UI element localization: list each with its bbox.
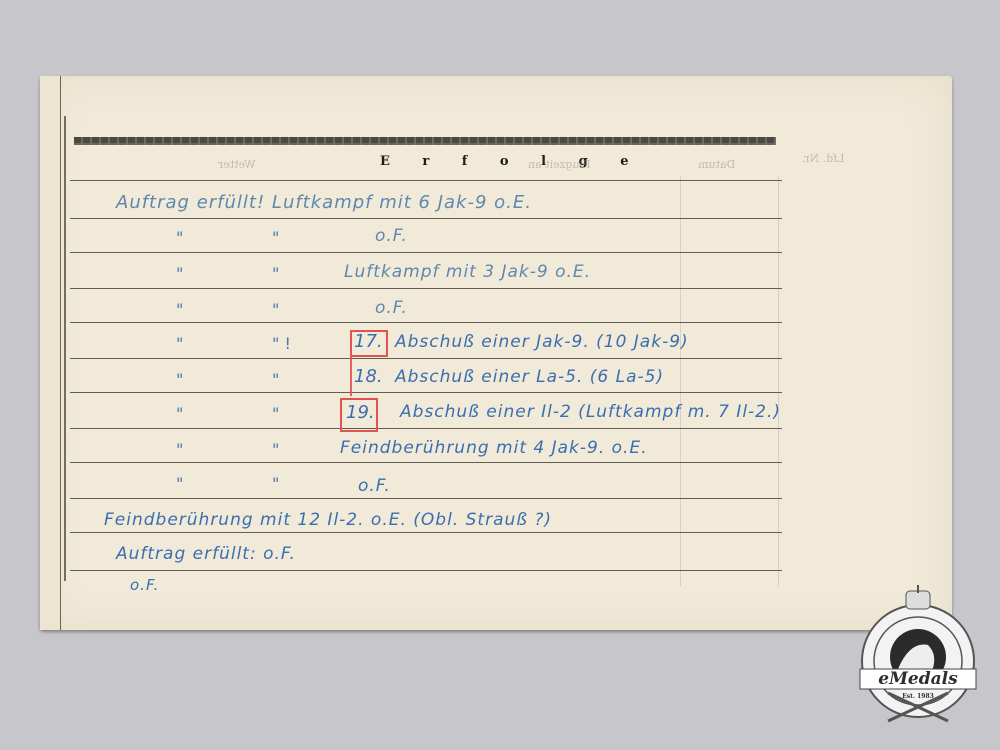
laurel-crest-icon	[848, 585, 988, 725]
log-entry: o.F.	[375, 226, 408, 246]
ditto-mark: "	[272, 440, 279, 459]
header-heavy-rule	[74, 137, 776, 145]
ditto-mark: " !	[272, 334, 291, 353]
ditto-mark: "	[272, 228, 279, 247]
log-entry: Feindberührung mit 12 Il-2. o.E. (Obl. S…	[104, 510, 552, 530]
ditto-mark: "	[272, 300, 279, 319]
ditto-mark: "	[176, 370, 183, 389]
ruled-line	[70, 218, 782, 219]
emedals-watermark: eMedals Est. 1983	[848, 585, 988, 725]
ruled-line	[70, 322, 782, 323]
logbook-page: E r f o l g e Wetter Flugzeit an Datum L…	[40, 76, 952, 630]
ditto-mark: "	[272, 404, 279, 423]
ghost-column-header: Flugzeit an	[528, 158, 591, 171]
log-entry: Abschuß einer Il-2 (Luftkampf m. 7 Il-2.…	[400, 402, 781, 422]
ruled-line	[70, 180, 782, 181]
victory-number: 18.	[354, 366, 383, 387]
page-heading: E r f o l g e	[380, 154, 642, 169]
victory-number: 19.	[346, 402, 375, 423]
ditto-mark: "	[176, 300, 183, 319]
log-entry: o.F.	[375, 298, 408, 318]
ruled-line	[70, 428, 782, 429]
ruled-line	[70, 462, 782, 463]
ruled-line	[70, 358, 782, 359]
ditto-mark: "	[176, 334, 183, 353]
ditto-mark: "	[176, 264, 183, 283]
ghost-column-divider	[778, 176, 779, 586]
ditto-mark: "	[272, 264, 279, 283]
ghost-column-header: Wetter	[218, 158, 256, 171]
red-pencil-bracket	[350, 354, 352, 396]
ditto-mark: "	[176, 474, 183, 493]
ditto-mark: "	[176, 440, 183, 459]
ruled-line	[70, 570, 782, 571]
log-entry: Feindberührung mit 4 Jak-9. o.E.	[340, 438, 648, 458]
watermark-established: Est. 1983	[848, 693, 988, 700]
log-entry: o.F.	[358, 476, 391, 496]
ruled-line	[70, 532, 782, 533]
ditto-mark: "	[176, 228, 183, 247]
ghost-column-header: Datum	[698, 158, 735, 171]
page-spine-edge	[40, 76, 61, 630]
log-entry: o.F.	[130, 576, 159, 594]
ruled-line	[70, 392, 782, 393]
ruled-line	[70, 498, 782, 499]
watermark-brand: eMedals	[848, 669, 988, 689]
ditto-mark: "	[272, 370, 279, 389]
log-entry: Auftrag erfüllt! Luftkampf mit 6 Jak-9 o…	[116, 192, 532, 213]
ruled-line	[70, 252, 782, 253]
log-entry: Abschuß einer Jak-9. (10 Jak-9)	[395, 332, 689, 352]
ruled-line	[70, 288, 782, 289]
log-entry: Luftkampf mit 3 Jak-9 o.E.	[344, 262, 591, 282]
binding-line	[64, 116, 66, 581]
log-entry: Auftrag erfüllt: o.F.	[116, 544, 296, 564]
ditto-mark: "	[272, 474, 279, 493]
ghost-column-divider	[680, 176, 681, 586]
victory-number: 17.	[354, 331, 383, 352]
log-entry: Abschuß einer La-5. (6 La-5)	[395, 367, 664, 387]
ditto-mark: "	[176, 404, 183, 423]
ghost-column-header: Lfd. Nr.	[802, 152, 845, 165]
